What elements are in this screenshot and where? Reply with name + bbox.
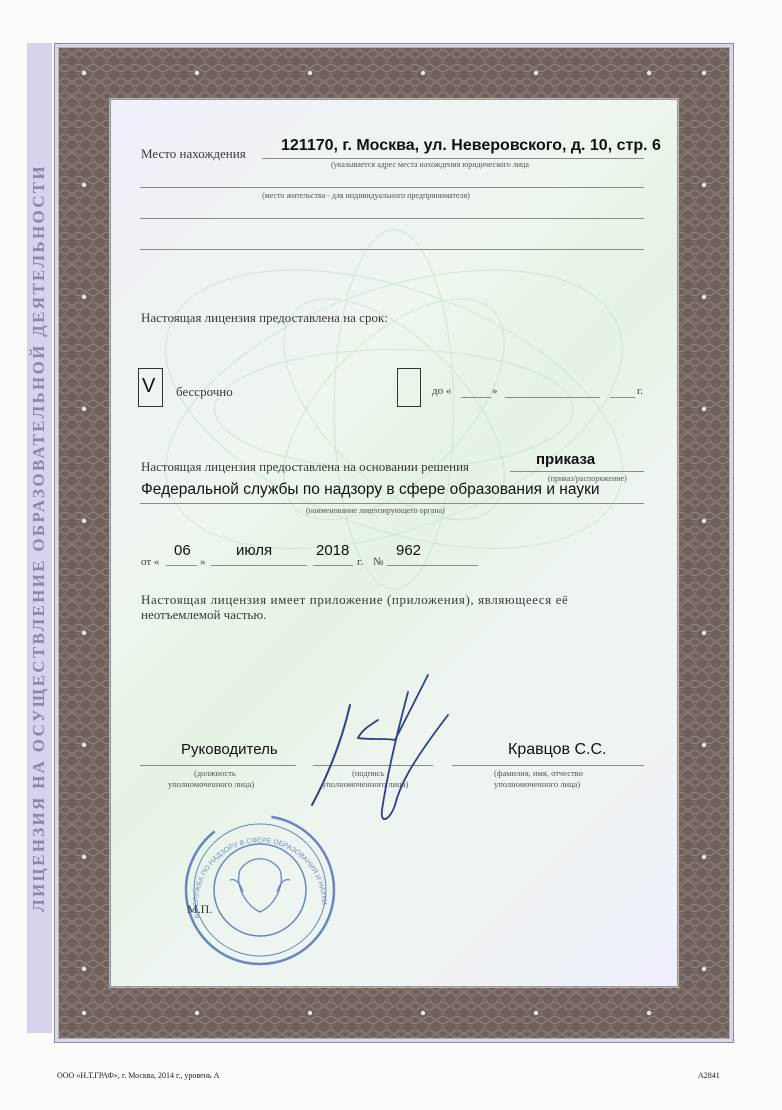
location-line-4 [140,249,644,250]
number-sign: № [373,556,384,568]
official-seal: ФЕДЕРАЛЬНАЯ СЛУЖБА ПО НАДЗОРУ В СФЕРЕ ОБ… [175,810,345,975]
authority-line [140,503,644,504]
appendix-text-line2: неотъемлемой частью. [141,607,266,623]
location-line-2 [140,187,644,188]
position-line [140,765,296,766]
location-line-3 [140,218,644,219]
date-mid: » [200,556,206,568]
until-day-line [461,397,491,398]
date-prefix: от « [141,556,159,568]
term-heading: Настоящая лицензия предоставлена на срок… [141,310,388,326]
location-line [262,158,644,159]
name-hint-2: уполномоченного лица) [494,779,580,789]
name-line [452,765,644,766]
check-mark-icon: V [142,375,155,398]
location-value: 121170, г. Москва, ул. Неверовского, д. … [281,137,661,155]
basis-heading: Настоящая лицензия предоставлена на осно… [141,459,469,475]
until-year-line [610,397,635,398]
appendix-text-line1: Настоящая лицензия имеет приложение (при… [141,592,568,608]
until-month-line [505,397,600,398]
order-month-line [211,565,307,566]
printer-info: ООО «Н.Т.ГРАФ», г. Москва, 2014 г., уров… [57,1071,219,1080]
order-day-line [166,565,197,566]
until-year-suffix: г. [637,385,643,397]
order-number-line [387,565,478,566]
side-title: ЛИЦЕНЗИЯ НА ОСУЩЕСТВЛЕНИЕ ОБРАЗОВАТЕЛЬНО… [29,164,49,912]
location-hint-individual: (место жительства - для индивидуального … [262,191,470,200]
order-year: 2018 [316,542,349,559]
order-number: 962 [396,542,421,559]
location-label: Место нахождения [141,146,246,162]
until-prefix: до « [432,385,451,397]
authority-value: Федеральной службы по надзору в сфере об… [141,481,600,499]
order-month: июля [236,542,272,559]
order-day: 06 [174,542,191,559]
stamp-place-label: М.П. [187,902,212,917]
serial-number: А2841 [698,1071,720,1080]
until-mid: » [492,385,498,397]
position-hint-1: (должность [194,768,236,778]
location-hint-legal: (указывается адрес места нахождения юрид… [331,160,529,169]
indefinite-label: бессрочно [176,384,233,400]
order-year-line [313,565,353,566]
handwritten-signature [300,660,450,830]
decision-type-line [510,471,644,472]
year-suffix: г. [357,556,363,568]
name-value: Кравцов С.С. [508,741,606,759]
authority-hint: (наименование лицензирующего органа) [306,506,445,515]
name-hint-1: (фамилия, имя, отчество [494,768,583,778]
until-checkbox[interactable] [397,368,421,407]
decision-type: приказа [536,451,595,468]
indefinite-checkbox[interactable]: V [138,368,163,407]
position-value: Руководитель [181,741,278,758]
position-hint-2: уполномоченного лица) [168,779,254,789]
